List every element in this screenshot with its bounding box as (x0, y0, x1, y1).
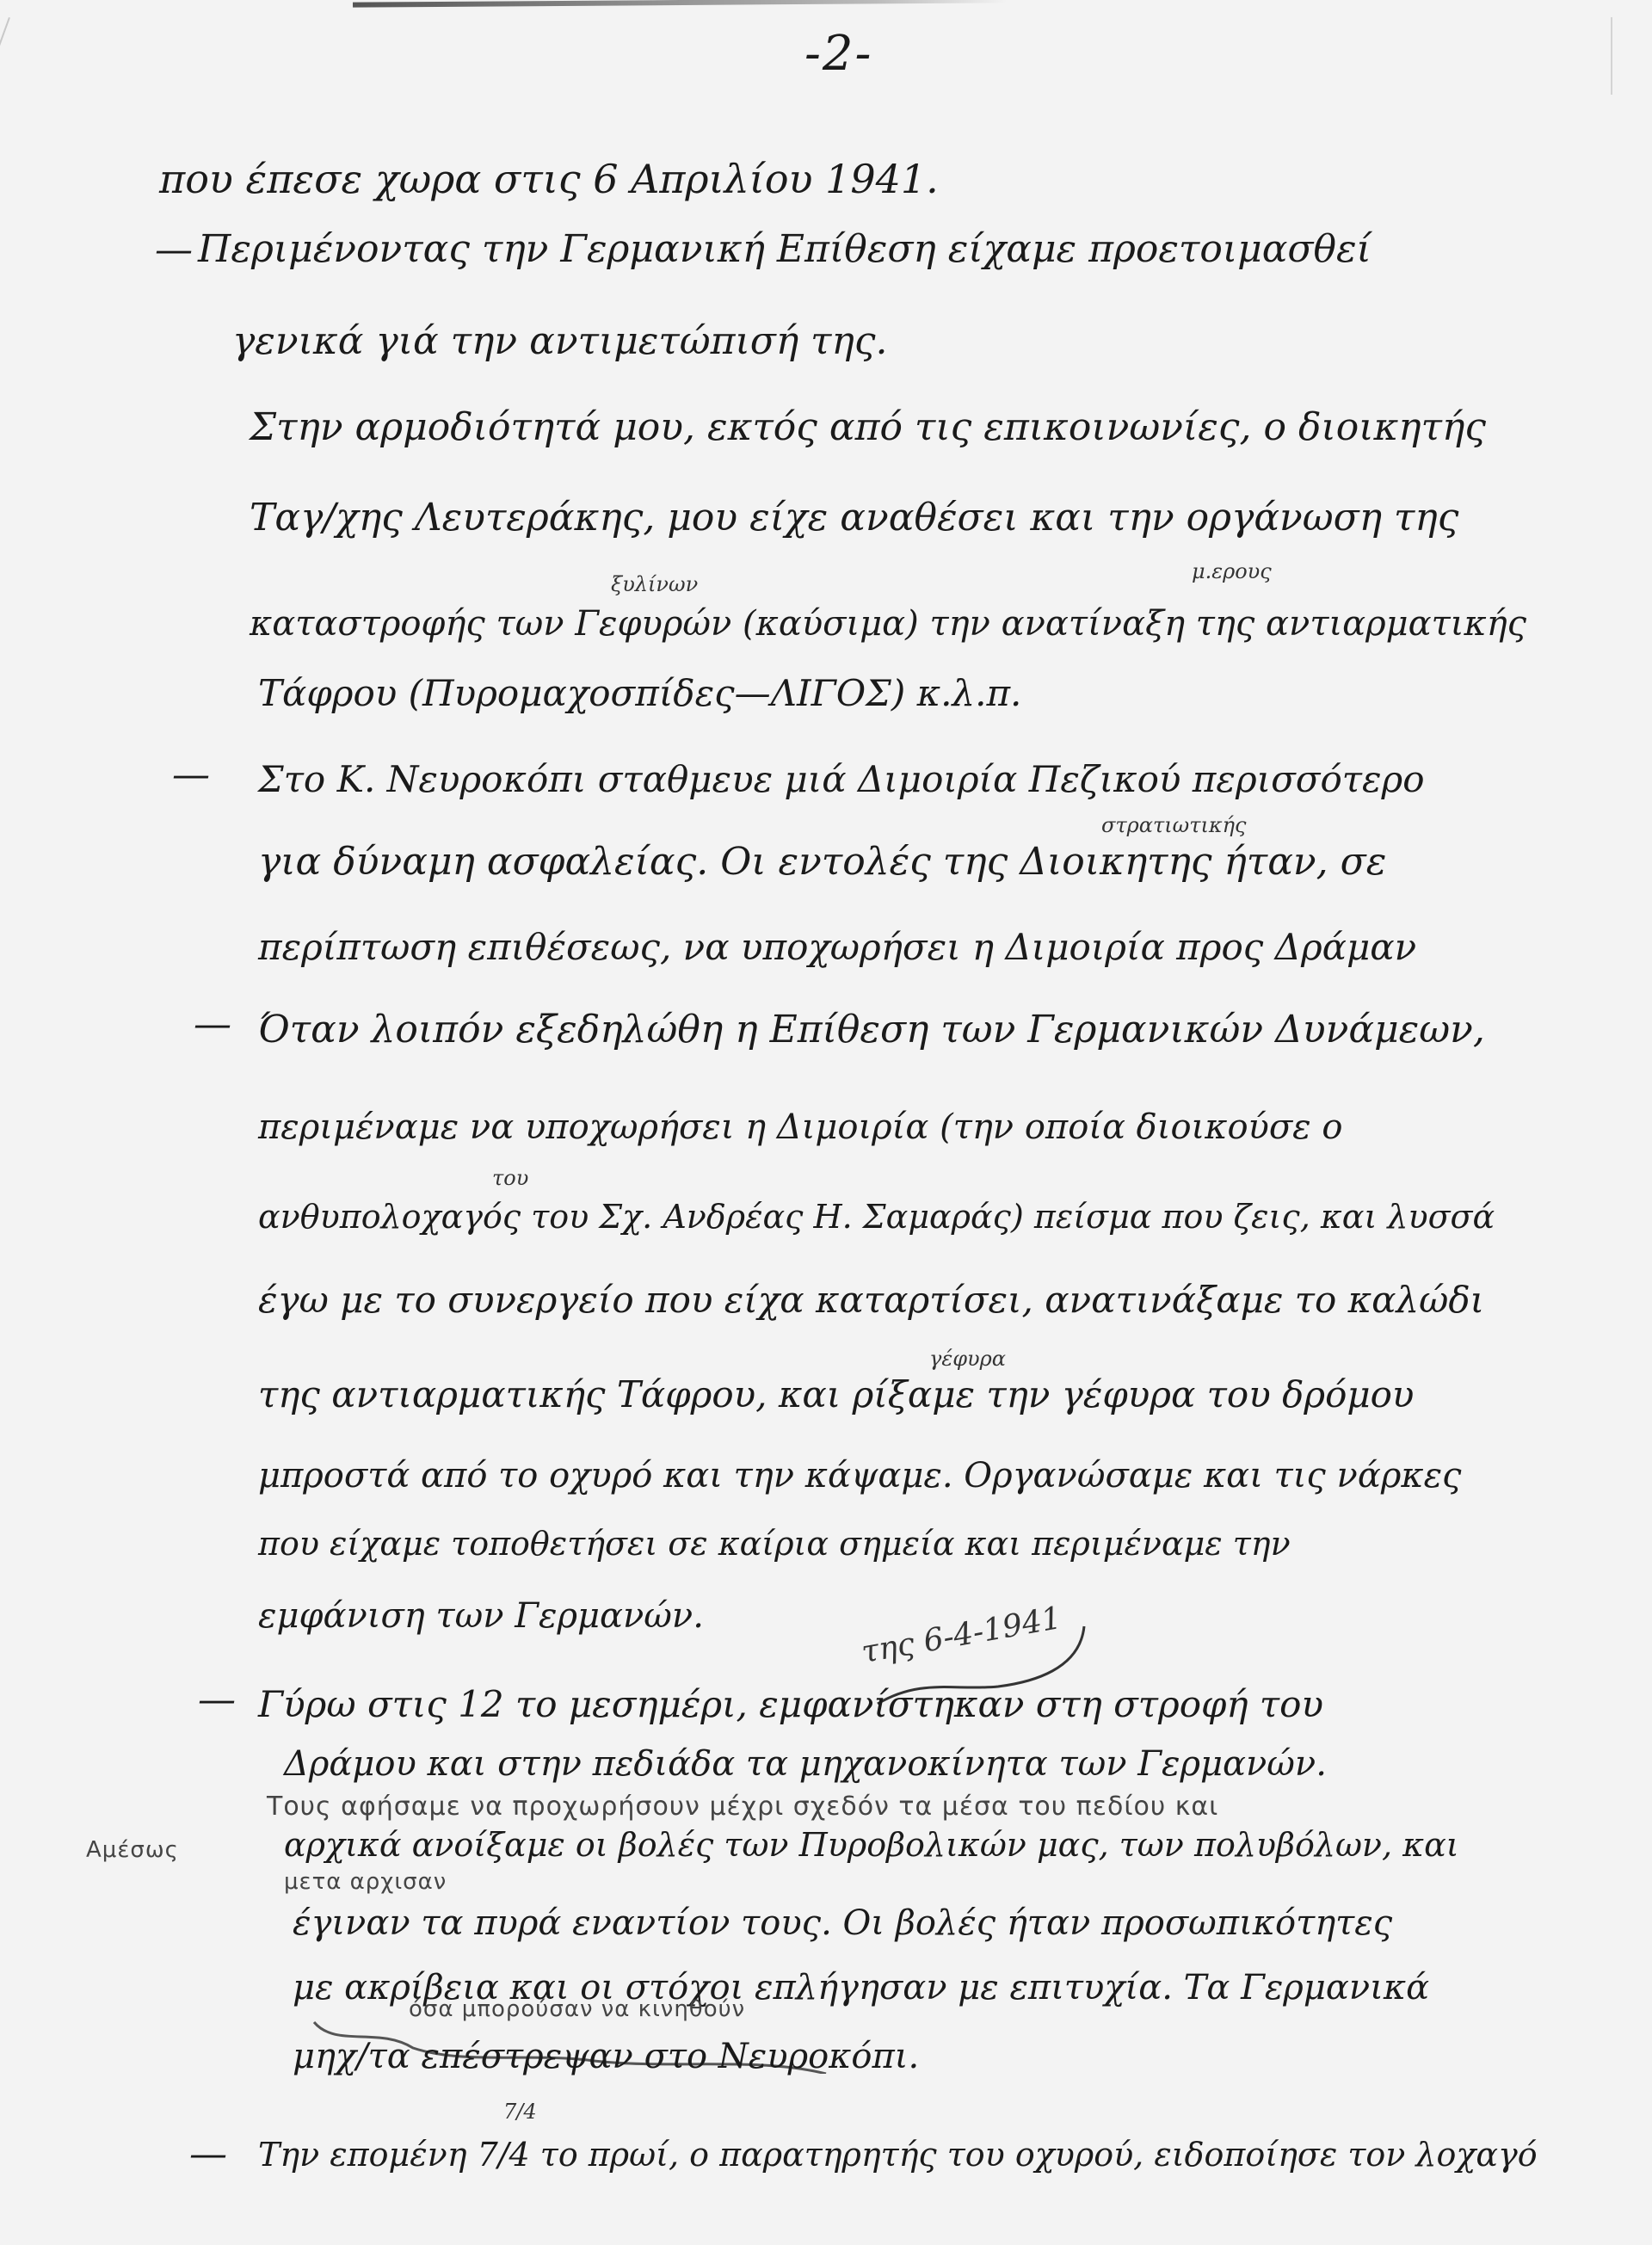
bullet-dash: — (155, 228, 193, 272)
text-line-17: που είχαμε τοποθετήσει σε καίρια σημεία … (258, 1527, 1291, 1560)
text-line-18: εμφάνιση των Γερμανών. (258, 1599, 704, 1633)
text-line-19: Γύρω στις 12 το μεσημέρι, εμφανίστηκαν σ… (258, 1687, 1323, 1723)
bullet-dash: — (189, 2132, 227, 2176)
text-line-15: της αντιαρματικής Τάφρου, και ρίξαμε την… (258, 1377, 1414, 1413)
text-line-25: Την επομένη 7/4 το πρωί, ο παρατηρητής τ… (258, 2138, 1538, 2171)
text-line-22: έγιναν τα πυρά εναντίον τους. Οι βολές ή… (293, 1906, 1392, 1940)
scan-fold-line (0, 17, 10, 220)
scan-top-edge (353, 0, 1007, 8)
scan-speck (1611, 17, 1612, 95)
inserted-text-line: Τους αφήσαμε να προχωρήσουν μέχρι σχεδόν… (267, 1792, 1218, 1822)
text-line-2: Περιμένοντας την Γερμανική Επίθεση είχαμ… (198, 231, 1372, 268)
annotation-7-4: 7/4 (503, 2100, 537, 2124)
text-line-20: Δράμου και στην πεδιάδα τα μηχανοκίνητα … (284, 1747, 1327, 1781)
manuscript-page: -2- που έπεσε χωρα στις 6 Απριλίου 1941.… (0, 0, 1652, 2245)
inserted-text-meta-arxisan: μετα αρχισαν (284, 1869, 447, 1895)
text-line-5: Ταγ/χης Λευτεράκης, μου είχε αναθέσει κα… (250, 499, 1458, 537)
text-line-7: Τάφρου (Πυρομαχοσπίδες—ΛΙΓΟΣ) κ.λ.π. (258, 675, 1021, 712)
bullet-dash: — (194, 1002, 231, 1046)
page-number: -2- (804, 26, 872, 82)
text-line-24: μηχ/τα επέστρεψαν στο Νευροκόπι. (293, 2039, 919, 2074)
annotation-xylinon: ξυλίνων (611, 572, 698, 596)
text-line-16: μπροστά από το οχυρό και την κάψαμε. Οργ… (258, 1459, 1461, 1493)
text-line-10: περίπτωση επιθέσεως, να υποχωρήσει η Διμ… (258, 929, 1416, 965)
text-line-11: Όταν λοιπόν εξεδηλώθη η Επίθεση των Γερμ… (258, 1011, 1485, 1049)
text-line-9: για δύναμη ασφαλείας. Οι εντολές της Διο… (258, 843, 1386, 881)
text-line-12: περιμέναμε να υποχωρήσει η Διμοιρία (την… (258, 1110, 1342, 1144)
bullet-dash: — (198, 1678, 236, 1722)
text-line-8: Στο Κ. Νευροκόπι σταθμευε μιά Διμοιρία Π… (258, 762, 1424, 798)
margin-insert-amesos: Αμέσως (86, 1837, 179, 1863)
annotation-gefyra: γέφυρα (929, 1347, 1006, 1371)
annotation-merous: μ.ερους (1192, 559, 1272, 583)
text-line-13: ανθυπολοχαγός του Σχ. Ανδρέας Η. Σαμαράς… (258, 1200, 1495, 1233)
text-line-14: έγω με το συνεργείο που είχα καταρτίσει,… (258, 1282, 1484, 1318)
text-line-6: καταστροφής των Γεφυρών (καύσιμα) την αν… (250, 607, 1526, 641)
annotation-tou: του (492, 1166, 528, 1190)
text-line-1: που έπεσε χωρα στις 6 Απριλίου 1941. (159, 159, 939, 199)
text-line-3: γενικά γιά την αντιμετώπισή της. (232, 323, 888, 361)
text-line-4: Στην αρμοδιότητά μου, εκτός από τις επικ… (250, 409, 1486, 447)
annotation-stratiotikis: στρατιωτικής (1101, 813, 1246, 837)
text-line-21: αρχικά ανοίξαμε οι βολές των Πυροβολικών… (284, 1829, 1459, 1861)
bullet-dash: — (172, 753, 210, 797)
